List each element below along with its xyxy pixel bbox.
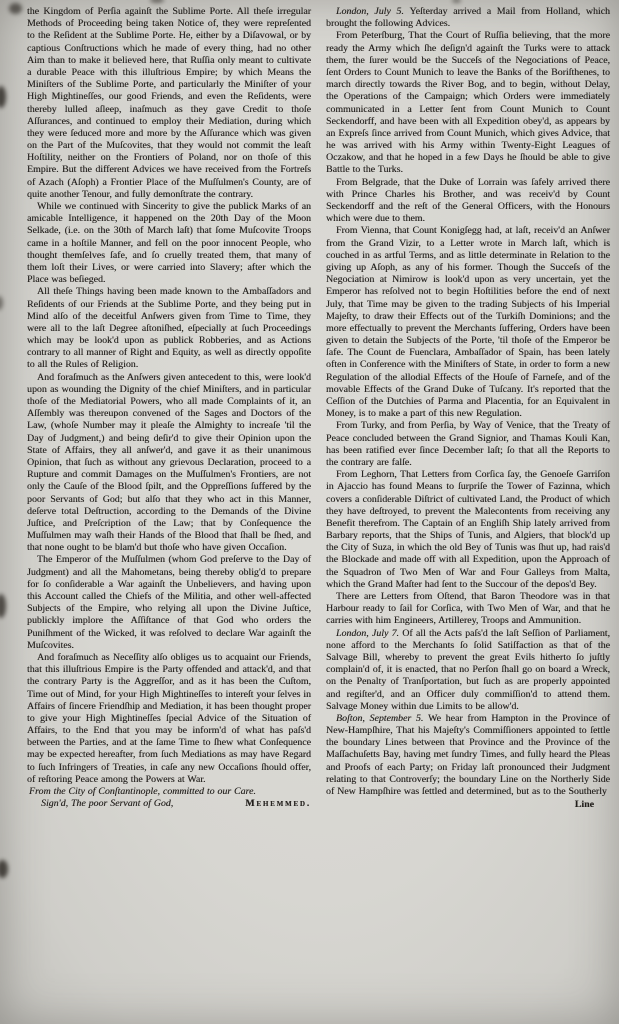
body-paragraph: From Turky, and from Perſia, by Way of V… (326, 420, 610, 469)
signature-name: Mehemmed. (245, 798, 311, 810)
body-paragraph: From Vienna, that Count Konigſegg had, a… (326, 225, 610, 420)
body-paragraph: And foraſmuch as Neceſſity alſo obliges … (27, 652, 311, 786)
body-paragraph: Boſton, September 5. We hear from Hampto… (326, 713, 610, 798)
dateline: Boſton, September 5. (336, 713, 428, 724)
body-paragraph: The Emperor of the Muſſulmen (whom God p… (27, 554, 311, 652)
body-paragraph: London, July 7. Of all the Acts paſs'd t… (326, 628, 610, 713)
ink-smudge (452, 0, 461, 3)
ink-smudge (150, 0, 164, 3)
ink-smudge (9, 3, 22, 14)
text-columns: the Kingdom of Perſia againſt the Sublim… (27, 6, 610, 1024)
ink-smudge (0, 296, 3, 310)
left-column: the Kingdom of Perſia againſt the Sublim… (27, 6, 311, 1024)
body-paragraph: From Belgrade, that the Duke of Lorrain … (326, 177, 610, 226)
body-paragraph: From Peterſburg, That the Court of Ruſſi… (326, 30, 610, 176)
dateline: London, July 5. (336, 6, 409, 17)
ink-smudge (0, 594, 6, 618)
ink-smudge (0, 860, 8, 878)
body-paragraph: While we continued with Sincerity to giv… (27, 201, 311, 286)
body-paragraph: There are Letters from Oſtend, that Baro… (326, 591, 610, 628)
signature-row: Sign'd, The poor Servant of God,Mehemmed… (27, 798, 311, 810)
body-paragraph: And foraſmuch as the Anſwers given antec… (27, 372, 311, 555)
signature-text: Sign'd, The poor Servant of God, (41, 798, 173, 810)
catchword: Line (326, 799, 610, 811)
body-paragraph: the Kingdom of Perſia againſt the Sublim… (27, 6, 311, 201)
body-paragraph: All theſe Things having been made known … (27, 286, 311, 371)
ink-smudge (0, 86, 6, 108)
closing-line: From the City of Conſtantinople, committ… (27, 786, 311, 798)
dateline: London, July 7. (336, 628, 402, 639)
right-column: London, July 5. Yeſterday arrived a Mail… (326, 6, 610, 1024)
body-paragraph: From Leghorn, That Letters from Corſica … (326, 469, 610, 591)
body-paragraph: London, July 5. Yeſterday arrived a Mail… (326, 6, 610, 30)
newspaper-page: the Kingdom of Perſia againſt the Sublim… (0, 0, 619, 1024)
